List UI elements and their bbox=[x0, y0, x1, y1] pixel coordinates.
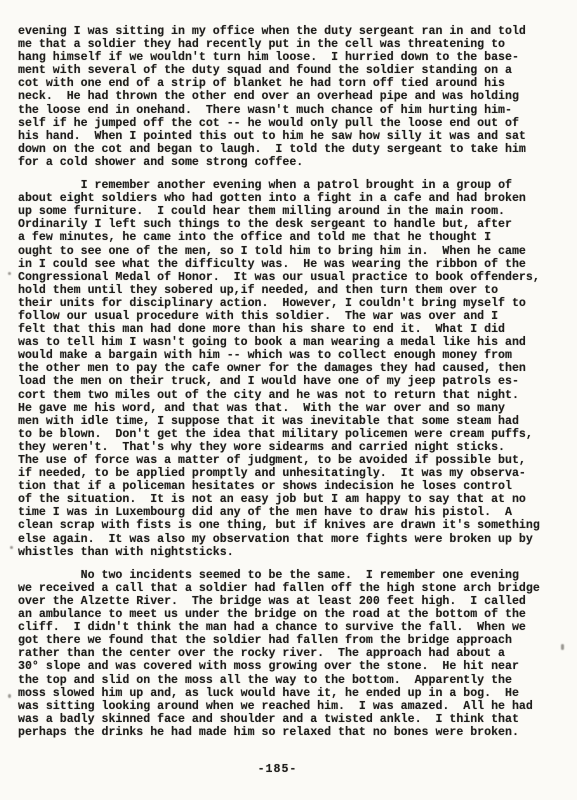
scan-artifact bbox=[561, 644, 564, 650]
scan-artifact bbox=[10, 546, 13, 549]
paragraph-medal-of-honor-incident: I remember another evening when a patrol… bbox=[18, 179, 565, 559]
scan-artifact bbox=[8, 272, 11, 275]
page-number: -185- bbox=[18, 763, 565, 776]
typewritten-text-block: evening I was sitting in my office when … bbox=[0, 0, 577, 776]
scan-artifact bbox=[222, 183, 224, 185]
scanned-document-page: evening I was sitting in my office when … bbox=[0, 0, 577, 800]
scan-artifact bbox=[8, 694, 11, 698]
paragraph-suicide-attempt-incident: evening I was sitting in my office when … bbox=[18, 25, 565, 169]
paragraph-bridge-fall-incident: No two incidents seemed to be the same. … bbox=[18, 569, 565, 739]
